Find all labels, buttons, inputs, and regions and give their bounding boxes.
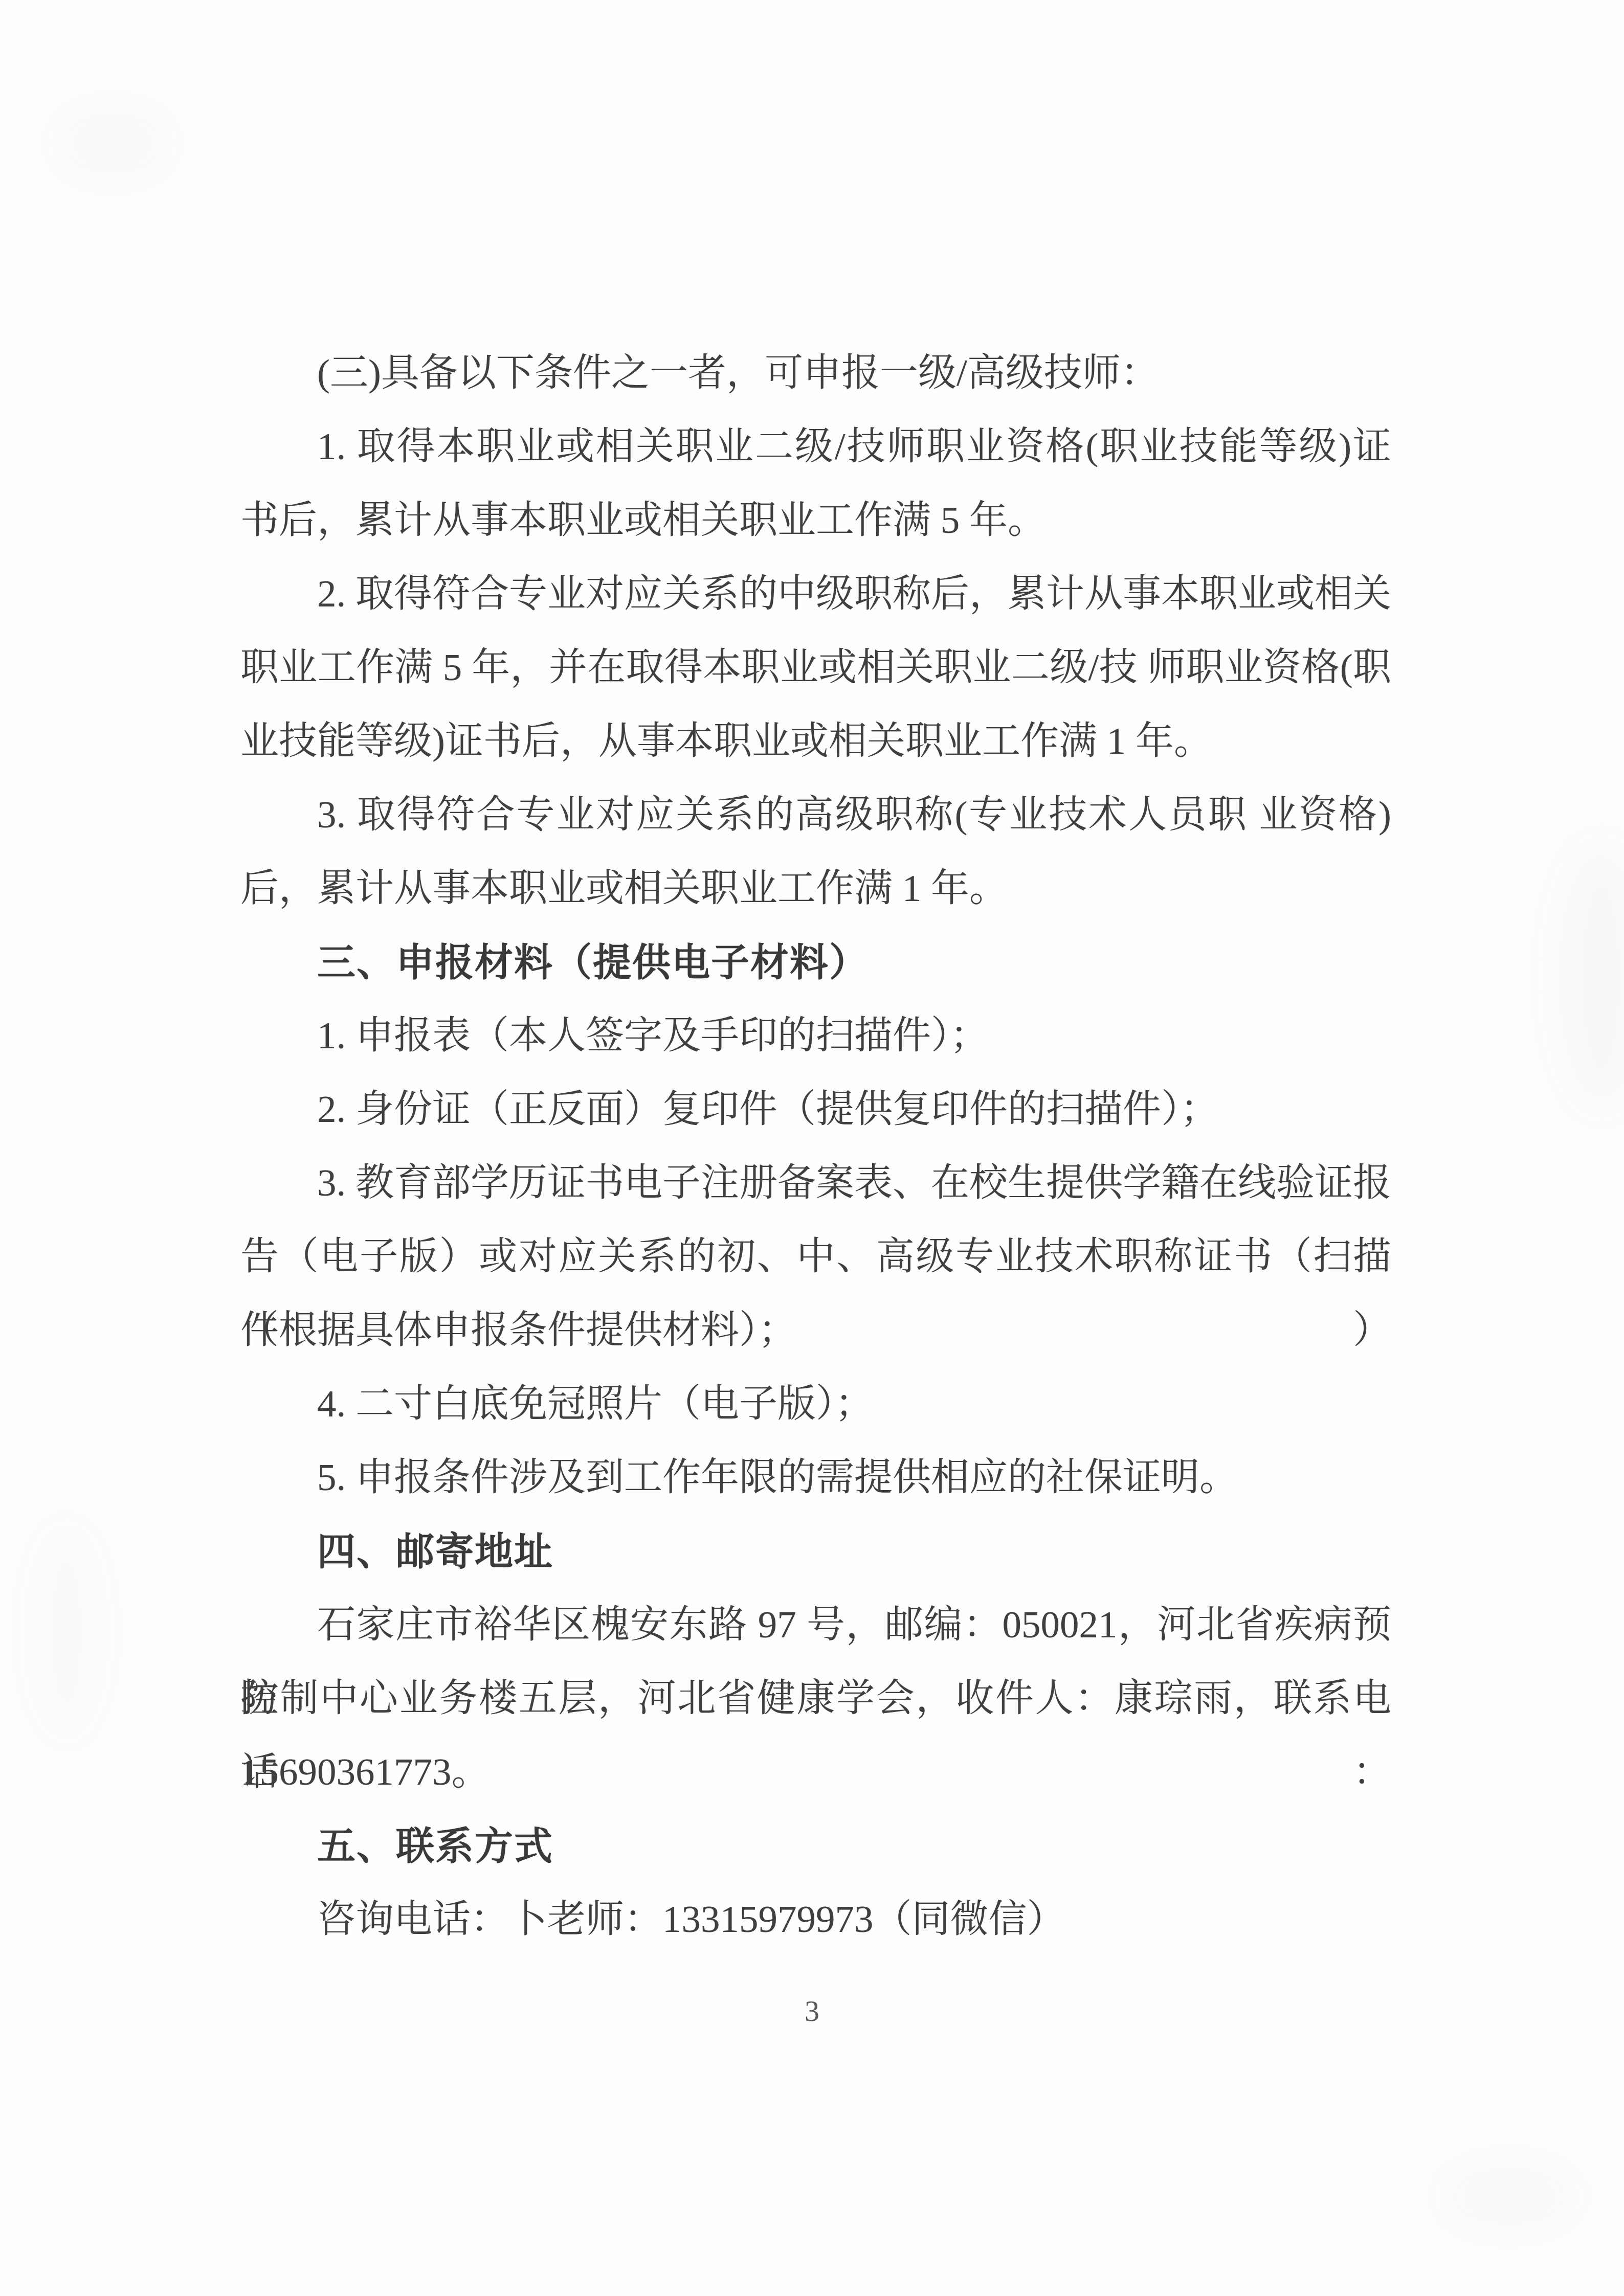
scan-artifact-smudge — [1555, 844, 1624, 1110]
text-line: 咨询电话：卜老师：13315979973（同微信） — [240, 1883, 1391, 1956]
section-heading: 三、申报材料（提供电子材料） — [240, 926, 1391, 999]
text-line: 1. 取得本职业或相关职业二级/技师职业资格(职业技能等级)证 — [240, 410, 1391, 484]
section-heading: 四、邮寄地址 — [240, 1515, 1391, 1588]
text-line: 3. 取得符合专业对应关系的高级职称(专业技术人员职 业资格) — [240, 778, 1391, 852]
text-line: 1. 申报表（本人签字及手印的扫描件）； — [240, 999, 1391, 1073]
section-heading: 五、联系方式 — [240, 1809, 1391, 1883]
scan-artifact-smudge — [31, 1524, 102, 1739]
text-line: 3. 教育部学历证书电子注册备案表、在校生提供学籍在线验证报 — [240, 1146, 1391, 1220]
text-line: 控制中心业务楼五层，河北省健康学会，收件人：康琮雨，联系电话： — [240, 1662, 1391, 1736]
text-line: 职业工作满 5 年，并在取得本职业或相关职业二级/技 师职业资格(职 — [240, 631, 1391, 705]
document-text-block: (三)具备以下条件之一者，可申报一级/高级技师：1. 取得本职业或相关职业二级/… — [240, 336, 1391, 1956]
text-line: 书后，累计从事本职业或相关职业工作满 5 年。 — [240, 484, 1391, 557]
text-line: 后，累计从事本职业或相关职业工作满 1 年。 — [240, 852, 1391, 926]
text-line: 告（电子版）或对应关系的初、中、高级专业技术职称证书（扫描件） — [240, 1220, 1391, 1294]
scan-artifact-smudge — [56, 107, 169, 179]
text-line: 2. 取得符合专业对应关系的中级职称后，累计从事本职业或相关 — [240, 557, 1391, 631]
text-line: 业技能等级)证书后，从事本职业或相关职业工作满 1 年。 — [240, 705, 1391, 778]
scan-artifact-smudge — [1442, 2163, 1575, 2230]
text-line: (三)具备以下条件之一者，可申报一级/高级技师： — [240, 336, 1391, 410]
scanned-document-page: (三)具备以下条件之一者，可申报一级/高级技师：1. 取得本职业或相关职业二级/… — [0, 0, 1624, 2296]
text-line: 石家庄市裕华区槐安东路 97 号，邮编：050021，河北省疾病预防 — [240, 1588, 1391, 1662]
text-line: 4. 二寸白底免冠照片（电子版）； — [240, 1367, 1391, 1441]
page-number: 3 — [0, 1991, 1624, 2032]
text-line: 5. 申报条件涉及到工作年限的需提供相应的社保证明。 — [240, 1441, 1391, 1515]
text-line: 2. 身份证（正反面）复印件（提供复印件的扫描件）； — [240, 1073, 1391, 1146]
